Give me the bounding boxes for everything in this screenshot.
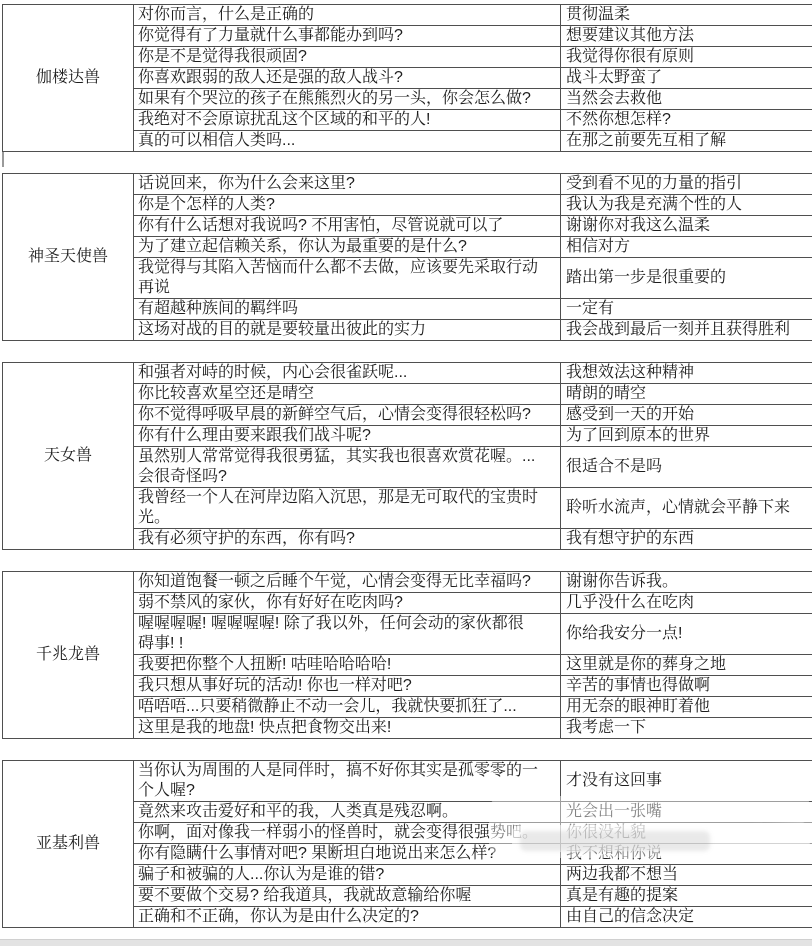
question-cell: 你是不是觉得我很顽固? xyxy=(134,47,561,68)
question-cell: 你有隐瞒什么事情对吧? 果断坦白地说出来怎么样? xyxy=(134,844,561,865)
answer-cell: 两边我都不想当 xyxy=(561,865,812,886)
dialogue-table-aquilamon: 亚基利兽 当你认为周围的人是同伴时，搞不好你其实是孤零零的一 个人喔? 才没有这… xyxy=(2,760,812,928)
question-cell: 我曾经一个人在河岸边陷入沉思，那是无可取代的宝贵时 光。 xyxy=(134,488,561,529)
answer-cell: 相信对方 xyxy=(561,237,812,258)
answer-cell: 我觉得你很有原则 xyxy=(561,47,812,68)
dialogue-table-page: { "page": { "border_color": "#4f4f4f", "… xyxy=(0,0,812,946)
table-row: 亚基利兽 当你认为周围的人是同伴时，搞不好你其实是孤零零的一 个人喔? 才没有这… xyxy=(3,761,812,802)
answer-cell: 在那之前要先互相了解 xyxy=(561,131,812,152)
answer-cell: 你给我安分一点! xyxy=(561,614,812,655)
question-cell: 和强者对峙的时候，内心会很雀跃呢... xyxy=(134,363,561,384)
question-cell: 骗子和被骗的人...你认为是谁的错? xyxy=(134,865,561,886)
question-cell: 这场对战的目的就是要较量出彼此的实力 xyxy=(134,320,561,341)
question-cell: 竟然来攻击爱好和平的我，人类真是残忍啊。 xyxy=(134,802,561,823)
answer-cell: 用无奈的眼神盯着他 xyxy=(561,697,812,718)
question-cell: 你比较喜欢星空还是晴空 xyxy=(134,384,561,405)
question-cell: 对你而言，什么是正确的 xyxy=(134,5,561,26)
answer-cell: 这里就是你的葬身之地 xyxy=(561,655,812,676)
question-cell: 我绝对不会原谅扰乱这个区域的和平的人! xyxy=(134,110,561,131)
question-cell: 弱不禁风的家伙，你有好好在吃肉吗? xyxy=(134,593,561,614)
answer-cell: 一定有 xyxy=(561,299,812,320)
question-cell: 真的可以相信人类吗... xyxy=(134,131,561,152)
answer-cell: 我想效法这种精神 xyxy=(561,363,812,384)
question-cell: 有超越种族间的羁绊吗 xyxy=(134,299,561,320)
dialogue-table-garudamon: 伽楼达兽 对你而言，什么是正确的 贯彻温柔 你觉得有了力量就什么事都能办到吗? … xyxy=(2,4,812,152)
answer-cell: 我考虑一下 xyxy=(561,718,812,739)
question-cell: 我只想从事好玩的活动! 你也一样对吧? xyxy=(134,676,561,697)
answer-cell: 谢谢你对我这么温柔 xyxy=(561,216,812,237)
table-row: 神圣天使兽 话说回来，你为什么会来这里? 受到看不见的力量的指引 xyxy=(3,174,812,195)
answer-cell: 不然你想怎样? xyxy=(561,110,812,131)
answer-cell: 辛苦的事情也得做啊 xyxy=(561,676,812,697)
question-cell: 你是个怎样的人类? xyxy=(134,195,561,216)
question-cell: 你啊，面对像我一样弱小的怪兽时，就会变得很强势吧。 xyxy=(134,823,561,844)
table-row: 伽楼达兽 对你而言，什么是正确的 贯彻温柔 xyxy=(3,5,812,26)
answer-cell: 由自己的信念决定 xyxy=(561,907,812,928)
question-cell: 你有什么理由要来跟我们战斗呢? xyxy=(134,426,561,447)
question-cell: 这里是我的地盘! 快点把食物交出来! xyxy=(134,718,561,739)
question-cell: 正确和不正确，你认为是由什么决定的? xyxy=(134,907,561,928)
dialogue-table-angewomon: 天女兽 和强者对峙的时候，内心会很雀跃呢... 我想效法这种精神 你比较喜欢星空… xyxy=(2,362,812,550)
answer-cell: 才没有这回事 xyxy=(561,761,812,802)
answer-cell: 你很没礼貌 xyxy=(561,823,812,844)
question-cell: 你觉得有了力量就什么事都能办到吗? xyxy=(134,26,561,47)
bottom-edge-strip xyxy=(0,939,812,946)
answer-cell: 踏出第一步是很重要的 xyxy=(561,258,812,299)
question-cell: 你不觉得呼吸早晨的新鲜空气后，心情会变得很轻松吗? xyxy=(134,405,561,426)
dialogue-table-holyangemon: 神圣天使兽 话说回来，你为什么会来这里? 受到看不见的力量的指引 你是个怎样的人… xyxy=(2,173,812,341)
answer-cell: 贯彻温柔 xyxy=(561,5,812,26)
question-cell: 你喜欢跟弱的敌人还是强的敌人战斗? xyxy=(134,68,561,89)
monster-name-cell: 亚基利兽 xyxy=(3,761,134,928)
answer-cell: 为了回到原本的世界 xyxy=(561,426,812,447)
answer-cell: 当然会去救他 xyxy=(561,89,812,110)
answer-cell: 聆听水流声，心情就会平静下来 xyxy=(561,488,812,529)
answer-cell: 真是有趣的提案 xyxy=(561,886,812,907)
answer-cell: 战斗太野蛮了 xyxy=(561,68,812,89)
question-cell: 当你认为周围的人是同伴时，搞不好你其实是孤零零的一 个人喔? xyxy=(134,761,561,802)
question-cell: 虽然别人常常觉得我很勇猛，其实我也很喜欢赏花喔。... 会很奇怪吗? xyxy=(134,447,561,488)
question-cell: 我有必须守护的东西，你有吗? xyxy=(134,529,561,550)
answer-cell: 我不想和你说 xyxy=(561,844,812,865)
answer-cell: 谢谢你告诉我。 xyxy=(561,572,812,593)
question-cell: 我觉得与其陷入苦恼而什么都不去做，应该要先采取行动 再说 xyxy=(134,258,561,299)
question-cell: 我要把你整个人扭断! 咕哇哈哈哈哈! xyxy=(134,655,561,676)
table-row: 千兆龙兽 你知道饱餐一顿之后睡个午觉，心情会变得无比幸福吗? 谢谢你告诉我。 xyxy=(3,572,812,593)
answer-cell: 我认为我是充满个性的人 xyxy=(561,195,812,216)
answer-cell: 晴朗的晴空 xyxy=(561,384,812,405)
table-gap-divider xyxy=(2,152,4,167)
monster-name-cell: 千兆龙兽 xyxy=(3,572,134,739)
answer-cell: 受到看不见的力量的指引 xyxy=(561,174,812,195)
dialogue-table-gigadramon: 千兆龙兽 你知道饱餐一顿之后睡个午觉，心情会变得无比幸福吗? 谢谢你告诉我。 弱… xyxy=(2,571,812,739)
question-cell: 你知道饱餐一顿之后睡个午觉，心情会变得无比幸福吗? xyxy=(134,572,561,593)
table-row: 天女兽 和强者对峙的时候，内心会很雀跃呢... 我想效法这种精神 xyxy=(3,363,812,384)
answer-cell: 感受到一天的开始 xyxy=(561,405,812,426)
answer-cell: 我会战到最后一刻并且获得胜利 xyxy=(561,320,812,341)
question-cell: 喔喔喔喔! 喔喔喔喔! 除了我以外，任何会动的家伙都很 碍事! ! xyxy=(134,614,561,655)
answer-cell: 光会出一张嘴 xyxy=(561,802,812,823)
question-cell: 你有什么话想对我说吗? 不用害怕，尽管说就可以了 xyxy=(134,216,561,237)
question-cell: 如果有个哭泣的孩子在熊熊烈火的另一头，你会怎么做? xyxy=(134,89,561,110)
question-cell: 为了建立起信赖关系，你认为最重要的是什么? xyxy=(134,237,561,258)
monster-name-cell: 伽楼达兽 xyxy=(3,5,134,152)
answer-cell: 几乎没什么在吃肉 xyxy=(561,593,812,614)
answer-cell: 很适合不是吗 xyxy=(561,447,812,488)
answer-cell: 想要建议其他方法 xyxy=(561,26,812,47)
question-cell: 唔唔唔...只要稍微静止不动一会儿，我就快要抓狂了... xyxy=(134,697,561,718)
question-cell: 要不要做个交易? 给我道具，我就故意输给你喔 xyxy=(134,886,561,907)
answer-cell: 我有想守护的东西 xyxy=(561,529,812,550)
monster-name-cell: 神圣天使兽 xyxy=(3,174,134,341)
monster-name-cell: 天女兽 xyxy=(3,363,134,550)
question-cell: 话说回来，你为什么会来这里? xyxy=(134,174,561,195)
